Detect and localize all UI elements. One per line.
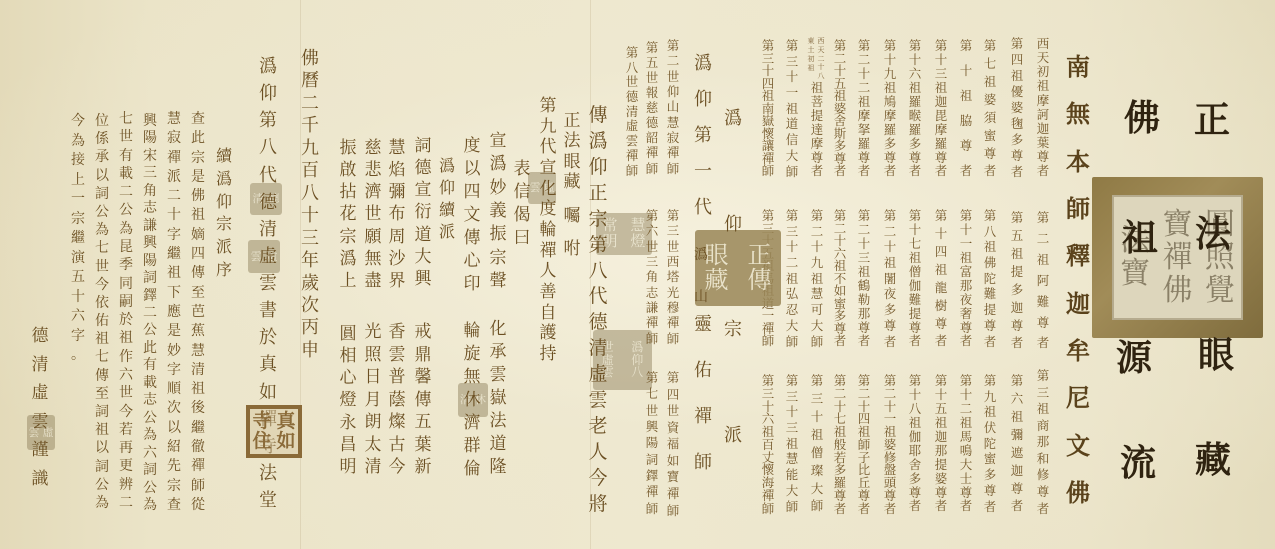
patriarch-entry: 第五祖提多迦尊者 xyxy=(1008,212,1026,350)
patriarch-entry: 第二十七祖般若多羅尊者 xyxy=(831,375,849,515)
patriarch-entry: 第三祖商那和修尊者 xyxy=(1034,370,1052,515)
patriarch-entry: 第三十六祖百丈懷海禪師 xyxy=(759,375,777,515)
seal-column: 潙仰八 xyxy=(631,341,643,379)
verse-line: 慧焰彌布周沙界 xyxy=(385,140,409,290)
verse-line: 振啟拈花宗潙上 xyxy=(336,140,360,290)
generation-entry: 第四世資福如寶禪師 xyxy=(664,372,682,517)
patriarch-entry: 第十三祖迦毘摩羅尊者 xyxy=(932,40,950,178)
title-char: 源 xyxy=(1116,340,1152,376)
verse-line: 慈悲濟世願無盡 xyxy=(361,140,385,290)
annotation-note: 東土初祖 xyxy=(807,38,816,72)
buddha-heading: 南無本師釋迦牟尼文佛 xyxy=(1063,55,1093,505)
patriarch-entry: 第九祖伏陀蜜多尊者 xyxy=(981,375,999,513)
generation-entry: 第七世興陽詞鐸禪師 xyxy=(643,372,661,515)
patriarch-entry: 第二十二祖摩拏羅尊者 xyxy=(855,40,873,178)
patriarch-entry: 第二十祖闍夜多尊者 xyxy=(881,210,899,348)
verse-line: 輪旋無休濟群倫 xyxy=(460,323,484,478)
patriarch-entry: 第二十三祖鶴勒那尊者 xyxy=(855,210,873,348)
seal-column: 真如 xyxy=(276,412,295,452)
date-line: 佛曆二千九百八十三年歲次丙申 xyxy=(298,50,322,360)
verse-line: 戒鼎馨傳五葉新 xyxy=(411,324,435,476)
verse-line: 詞德宣衍道大興 xyxy=(411,138,435,288)
patriarch-entry: 第三十二祖弘忍大師 xyxy=(783,210,801,348)
verse-line: 光照日月朗太清 xyxy=(361,324,385,476)
patriarch-entry: 第三十四祖南嶽懷讓禪師 xyxy=(759,40,777,178)
patriarch-entry: 第八祖佛陀難提尊者 xyxy=(981,210,999,348)
patriarch-entry: 第三十祖僧璨大師 xyxy=(808,375,826,513)
patriarch-entry: 第二十九祖慧可大師 xyxy=(808,210,826,348)
seal-column: 寺住 xyxy=(252,412,271,452)
verse-line: 度以四文傳心印 xyxy=(460,138,484,293)
patriarch-entry: 西天初祖摩訶迦葉尊者 xyxy=(1034,38,1052,178)
transmission-line: 囑咐 xyxy=(560,208,584,258)
patriarch-entry: 第二十四祖師子比丘尊者 xyxy=(855,375,873,515)
patriarch-entry: 第七祖婆須蜜尊者 xyxy=(981,40,999,178)
preface-column: 今為接上一宗繼演五十六字。 xyxy=(68,114,88,362)
generation-entry: 第五世報慈德韶禪師 xyxy=(643,42,661,175)
first-generation-name: 靈佑禪師 xyxy=(691,316,715,472)
generation-entry: 第八世德清虛雲禪師 xyxy=(623,47,641,177)
preface-column: 查此宗是佛祖嫡四傳至芭蕉慧清祖後繼徹禪師從 xyxy=(188,112,208,512)
patriarch-entry: 第三十三祖慧能大師 xyxy=(783,375,801,513)
patriarch-entry: 第二十五祖婆舍斯多尊者 xyxy=(831,40,849,178)
patriarch-entry: 第四祖優婆毱多尊者 xyxy=(1008,38,1026,178)
temple-seal-stamp: 真如 寺住 xyxy=(246,405,302,458)
transmission-line: 傳潙仰正宗第八代德清虛雲老人今將 xyxy=(585,106,611,514)
transmission-line: 表信偈曰 xyxy=(510,161,534,247)
continuation-header: 潙仰續派 xyxy=(435,158,459,240)
verse-line: 宣潙妙義振宗聲 xyxy=(486,133,510,290)
lineage-scroll: 圓照覺 寶禪佛 法寶 正 法 眼 藏 佛 祖 源 流 南無本師釋迦牟尼文佛 西天… xyxy=(0,0,1275,549)
patriarch-entry: 第十七祖僧伽難提尊者 xyxy=(906,210,924,348)
preface-column: 慧寂禪派二十字繼祖下應是妙字順次以紹先宗查 xyxy=(164,112,184,512)
seal-column: 寶禪佛 xyxy=(1162,210,1192,306)
weiyang-header: 潙仰宗派 xyxy=(721,110,745,445)
preface-column: 興陽宋三角志謙興陽詞鐸二公此有載志公為六詞公為 xyxy=(140,114,160,512)
title-char: 藏 xyxy=(1195,442,1231,478)
title-char: 眼 xyxy=(1198,337,1234,373)
patriarch-entry: 第二十六祖不如蜜多尊者 xyxy=(831,210,849,348)
generation-entry: 第三世西塔光穆禪師 xyxy=(664,210,682,345)
patriarch-entry: 第十六祖羅睺羅多尊者 xyxy=(906,40,924,178)
patriarch-entry: 第十二祖馬鳴大士尊者 xyxy=(957,375,975,513)
patriarch-entry: 第二祖阿難尊者 xyxy=(1034,212,1052,350)
annotation-note: 西天二十八 xyxy=(817,38,826,80)
verse-line: 化承雲嶽法道隆 xyxy=(486,321,510,476)
patriarch-entry: 第十一祖富那夜奢尊者 xyxy=(957,210,975,348)
seal-column: 正傳 xyxy=(748,243,772,293)
preface-signature: 德清虛雲謹識 xyxy=(28,328,52,488)
patriarch-entry: 第十四祖龍樹尊者 xyxy=(932,210,950,348)
preface-column: 位係承以詞公為七世今依佑祖七傳至詞祖以詞公為 xyxy=(92,114,112,510)
title-seal-stamp: 圓照覺 寶禪佛 法寶 xyxy=(1092,177,1263,338)
title-char: 正 xyxy=(1194,102,1230,138)
patriarch-entry: 第十祖脇尊者 xyxy=(957,40,975,178)
verse-line: 圓相心燈永昌明 xyxy=(336,326,360,476)
title-char: 流 xyxy=(1120,445,1156,481)
first-generation-place: 潙山 xyxy=(691,248,711,304)
generation-entry: 第六世三角志謙禪師 xyxy=(643,210,661,345)
patriarch-entry: 第十五祖迦那提婆尊者 xyxy=(932,375,950,513)
first-generation-prefix: 潙仰第一代 xyxy=(691,55,715,217)
patriarch-entry: 第六祖彌遮迦尊者 xyxy=(1008,375,1026,513)
title-char: 祖 xyxy=(1122,220,1158,256)
patriarch-entry: 第十八祖伽耶舍多尊者 xyxy=(906,375,924,513)
generation-entry: 第二世仰山慧寂禪師 xyxy=(664,40,682,175)
verse-line: 香雲普蔭燦古今 xyxy=(385,324,409,476)
patriarch-entry: 第三十一祖道信大師 xyxy=(783,40,801,178)
preface-column: 七世有載二公為昆季同嗣於祖作六世今若再更辨二 xyxy=(116,112,136,510)
preface-title: 續潙仰宗派序 xyxy=(212,148,236,278)
title-char: 法 xyxy=(1195,216,1231,252)
patriarch-entry: 第十九祖鳩摩羅多尊者 xyxy=(881,40,899,178)
patriarch-entry: 第二十一祖婆修盤頭尊者 xyxy=(881,375,899,515)
title-char: 佛 xyxy=(1124,100,1160,136)
transmission-line: 第九代宣化度輪禪人善自護持 xyxy=(536,98,560,363)
patriarch-entry: 祖菩提達摩尊者 xyxy=(808,82,826,178)
transmission-line: 正法眼藏 xyxy=(560,113,584,191)
